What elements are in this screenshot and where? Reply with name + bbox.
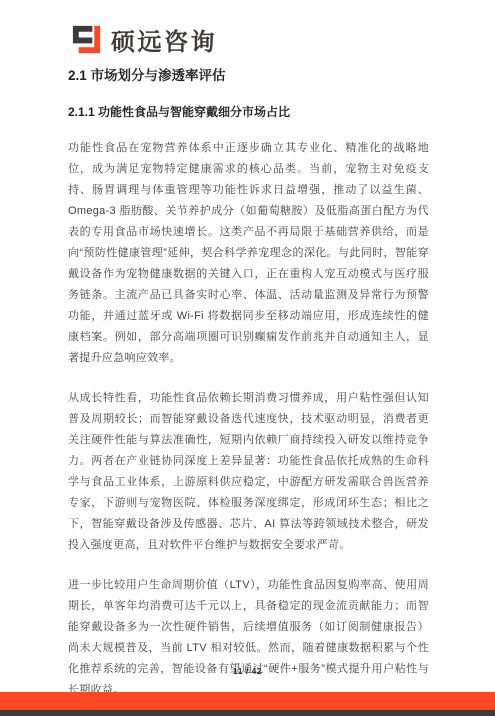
page-number: 11 / 42 <box>0 666 495 676</box>
brand-logo: 硕远咨询 <box>69 22 217 57</box>
bottom-edge-strip <box>0 710 495 716</box>
body-paragraph: 从成长特性看，功能性食品依赖长期消费习惯养成，用户粘性强但认知普及周期较长；而智… <box>68 388 429 556</box>
footer-accent-bar <box>0 692 495 710</box>
brand-logo-icon <box>69 22 104 57</box>
report-page: 硕远咨询 2.1 市场划分与渗透率评估 2.1.1 功能性食品与智能穿戴细分市场… <box>0 0 495 716</box>
body-paragraph: 功能性食品在宠物营养体系中正逐步确立其专业化、精准化的战略地位，成为满足宠物特定… <box>68 138 429 369</box>
section-heading: 2.1 市场划分与渗透率评估 <box>68 68 429 83</box>
body-paragraph: 进一步比较用户生命周期价值（LTV），功能性食品因复购率高、使用周期长，单客年均… <box>68 575 429 701</box>
subsection-heading: 2.1.1 功能性食品与智能穿戴细分市场占比 <box>68 105 429 119</box>
brand-name: 硕远咨询 <box>111 22 217 57</box>
document-body: 2.1 市场划分与渗透率评估 2.1.1 功能性食品与智能穿戴细分市场占比 功能… <box>68 64 429 701</box>
